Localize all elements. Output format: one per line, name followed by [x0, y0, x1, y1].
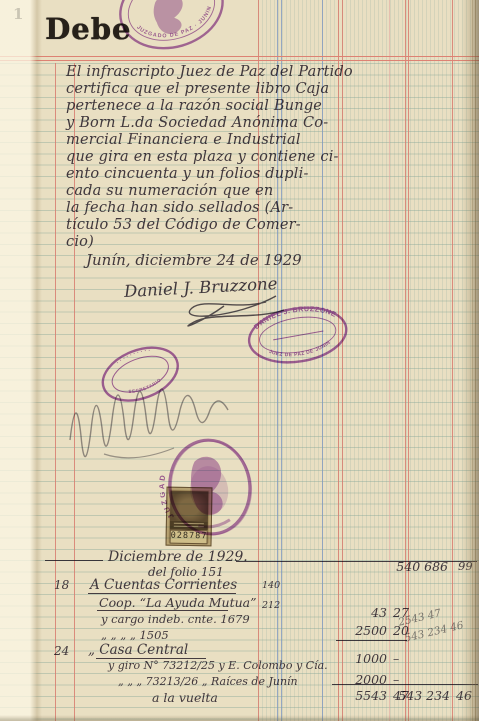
entry-amount-cents: –: [393, 651, 399, 666]
certification-line: cio): [66, 234, 366, 250]
column-total: 5543: [333, 688, 387, 703]
page-right-edge: [461, 0, 479, 721]
secretary-stamp-bottom-text: SECRETARIO: [127, 377, 164, 397]
balance-forward-amount: 540 686: [394, 559, 448, 574]
margin-rule-left: [55, 63, 56, 721]
court-seal-stamp: JUZGAD: [154, 428, 267, 549]
certification-line: la fecha han sido sellados (Ar-: [66, 200, 366, 216]
top-court-stamp: JUZGADO DE PAZ · JUNIN: [106, 0, 238, 68]
entry-folio: 212: [262, 600, 280, 611]
certification-line: pertenece a la razón social Bunge: [66, 98, 366, 114]
certification-line: tículo 53 del Código de Comer-: [66, 217, 366, 233]
subtotal-rule: [336, 640, 407, 641]
entry-detail: y cargo indeb. cnte. 1679: [101, 612, 250, 626]
column-rule-red: [452, 0, 453, 721]
ledger-page: 1 Debe El infrascripto Juez de Paz del P…: [0, 0, 479, 721]
entry-underline: [88, 593, 236, 594]
entry-amount: 43: [333, 605, 387, 620]
page-left-edge: [0, 0, 42, 721]
svg-text:JUEZ DE PAZ DE JUNIN: JUEZ DE PAZ DE JUNIN: [267, 339, 333, 362]
certification-line: cada su numeración que en: [66, 183, 366, 199]
entry-underline: [97, 610, 228, 611]
certification-line: certifica que el presente libro Caja: [66, 81, 366, 97]
certification-line: y Born L.da Sociedad Anónima Co-: [66, 115, 366, 131]
certification-line: ento cincuenta y un folios dupli-: [66, 166, 366, 182]
page-bottom-edge: [0, 715, 479, 721]
header-rule: [0, 60, 479, 61]
carry-forward-note: a la vuelta: [152, 690, 218, 705]
certification-line: El infrascripto Juez de Paz del Partido: [66, 64, 366, 80]
entry-amount: 2500: [333, 623, 387, 638]
heading-rule-left: [45, 560, 103, 561]
month-heading: Diciembre de 1929.: [108, 549, 248, 565]
page-edge-streak: [472, 0, 473, 721]
page-edge-streak: [475, 0, 476, 721]
certification-line: que gira en esta plaza y contiene ci-: [66, 149, 366, 165]
entry-day: 18: [54, 578, 69, 592]
judge-stamp-title: JUEZ DE PAZ DE JUNIN: [267, 339, 333, 362]
entry-account-title: A Cuentas Corrientes: [90, 577, 237, 593]
certification-dateline: Junín, diciembre 24 de 1929: [86, 251, 302, 269]
entry-detail: „ „ „ 73213/26 „ Raíces de Junín: [118, 675, 298, 688]
entry-amount: 1000: [333, 651, 387, 666]
svg-text:SECRETARIO: SECRETARIO: [127, 377, 164, 397]
entry-detail: y giro N° 73212/25 y E. Colombo y Cía.: [108, 659, 328, 672]
entry-folio: 140: [262, 580, 280, 591]
entry-day: 24: [54, 644, 69, 658]
cents-divider-rule: [389, 0, 390, 721]
entry-subaccount: Coop. “La Ayuda Mutua”: [99, 595, 257, 610]
total-rule: [332, 684, 478, 685]
header-rule: [0, 56, 479, 57]
entry-account-title: „ Casa Central: [88, 642, 188, 658]
certification-line: mercial Financiera e Industrial: [66, 132, 366, 148]
entry-detail: „ „ „ „ 1505: [101, 628, 169, 642]
final-total: 543 234: [396, 688, 450, 703]
